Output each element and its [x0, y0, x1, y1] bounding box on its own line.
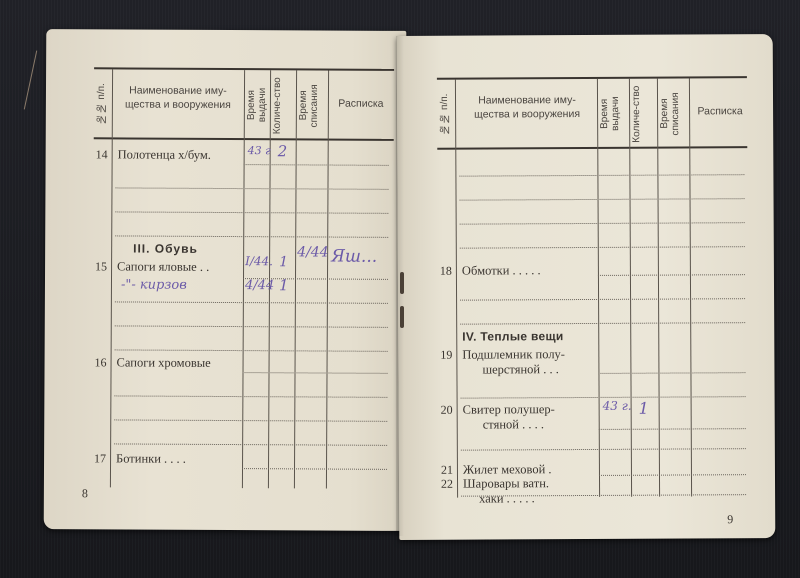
row-number: 17: [90, 451, 106, 466]
page-number: 9: [727, 512, 733, 527]
header-number: №№ п/п.: [96, 73, 110, 133]
item-name-continued: хаки . . . . .: [479, 491, 535, 506]
item-name: Свитер полушер-: [463, 402, 555, 417]
header-quantity: Количе-ство: [272, 76, 294, 134]
quantity-handwritten: 1: [639, 399, 649, 418]
header-writeoff-time: Время списания: [659, 84, 687, 142]
item-name: Подшлемник полу-: [462, 347, 565, 363]
staple: [400, 272, 404, 294]
row-number: 21: [437, 463, 453, 478]
right-table-header: №№ п/п. Наименование иму- щества и воору…: [437, 76, 747, 150]
row-number: 14: [92, 147, 108, 162]
item-name: Сапоги яловые . .: [117, 259, 209, 274]
item-name: Обмотки . . . . .: [462, 263, 541, 278]
header-name: Наименование иму- щества и вооружения: [114, 83, 242, 112]
page-number: 8: [82, 486, 88, 501]
item-name: Ботинки . . . .: [116, 451, 186, 466]
quantity-handwritten: 1: [279, 276, 289, 294]
row-number: 16: [91, 355, 107, 370]
quantity-handwritten: 2: [278, 142, 288, 160]
staple: [400, 306, 404, 328]
left-table-header: №№ п/п. Наименование иму- щества и воору…: [94, 67, 394, 141]
header-name: Наименование иму- щества и вооружения: [457, 93, 597, 122]
header-signature: Расписка: [330, 97, 392, 111]
left-page: №№ п/п. Наименование иму- щества и воору…: [44, 29, 407, 531]
item-name-handwritten: -"- кирзов: [121, 277, 187, 292]
item-name: Шаровары ватн.: [463, 476, 549, 491]
header-issue-time: Время выдачи: [599, 85, 627, 143]
row-number: 19: [436, 348, 452, 363]
signature-handwritten: Яш...: [331, 247, 377, 267]
right-page: №№ п/п. Наименование иму- щества и воору…: [397, 34, 776, 540]
issue-time-handwritten: I/44.: [245, 254, 273, 268]
right-table: №№ п/п. Наименование иму- щества и воору…: [437, 76, 749, 498]
row-number: 18: [436, 264, 452, 279]
header-writeoff-time: Время списания: [298, 76, 324, 134]
section-heading: IV. Теплые вещи: [462, 329, 563, 344]
item-name: Сапоги хромовые: [117, 355, 211, 370]
item-name-continued: шерстяной . . .: [482, 362, 558, 377]
header-signature: Расписка: [691, 104, 749, 118]
item-name: Полотенца х/бум.: [118, 147, 211, 162]
issue-time-handwritten: 43 г: [248, 144, 271, 157]
header-issue-time: Время выдачи: [246, 76, 268, 134]
row-number: 20: [437, 403, 453, 418]
row-number: 15: [91, 259, 107, 274]
issue-time-handwritten: 43 г.: [603, 399, 632, 413]
row-number: 22: [437, 477, 453, 492]
issue-time-handwritten: 4/44: [245, 278, 274, 293]
quantity-handwritten: 1: [279, 254, 288, 270]
item-name-continued: стяной . . . .: [483, 417, 544, 432]
left-table: №№ п/п. Наименование иму- щества и воору…: [92, 67, 394, 489]
header-number: №№ п/п.: [439, 84, 453, 144]
header-quantity: Количе-ство: [631, 85, 655, 143]
section-heading: III. Обувь: [133, 242, 198, 256]
writeoff-time-handwritten: 4/44: [297, 244, 329, 260]
